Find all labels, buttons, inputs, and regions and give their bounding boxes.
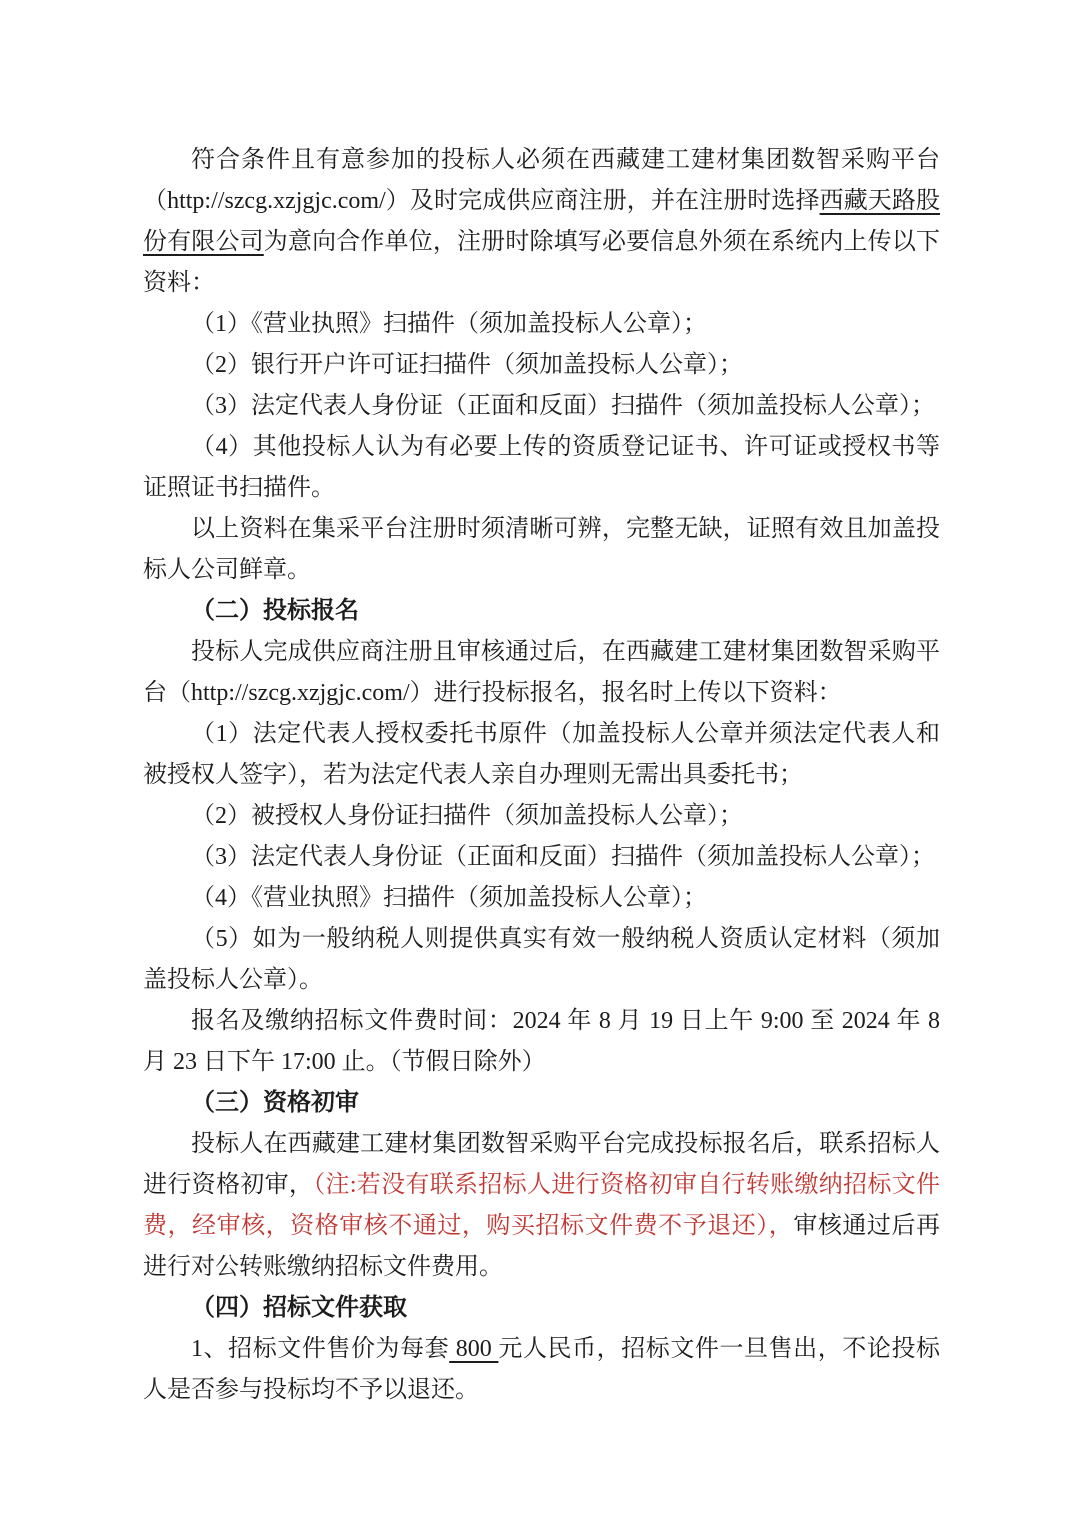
item-signup-business-license: （4）《营业执照》扫描件（须加盖投标人公章）； bbox=[143, 878, 940, 919]
text-run: （四）招标文件获取 bbox=[191, 1295, 407, 1321]
text-run: 以上资料在集采平台注册时须清晰可辨，完整无缺，证照有效且加盖投标人公司鲜章。 bbox=[143, 516, 940, 583]
text-run: （二）投标报名 bbox=[191, 598, 359, 624]
text-run: （2）被授权人身份证扫描件（须加盖投标人公章）； bbox=[191, 803, 743, 829]
item-signup-legal-rep-id: （3）法定代表人身份证（正面和反面）扫描件（须加盖投标人公章）； bbox=[143, 837, 940, 878]
text-run: （三）资格初审 bbox=[191, 1090, 359, 1116]
text-run: （1）法定代表人授权委托书原件（加盖投标人公章并须法定代表人和被授权人签字），若… bbox=[143, 721, 940, 788]
underlined-text: 800 bbox=[449, 1336, 498, 1362]
document-page: 符合条件且有意参加的投标人必须在西藏建工建材集团数智采购平台（http://sz… bbox=[0, 0, 1080, 1527]
item-signup-taxpayer-material: （5）如为一般纳税人则提供真实有效一般纳税人资质认定材料（须加盖投标人公章）。 bbox=[143, 919, 940, 1001]
para-qualification-review: 投标人在西藏建工建材集团数智采购平台完成投标报名后，联系招标人进行资格初审，（注… bbox=[143, 1124, 940, 1288]
heading-section-4-document-acquisition: （四）招标文件获取 bbox=[143, 1288, 940, 1329]
text-run: （1）《营业执照》扫描件（须加盖投标人公章）； bbox=[191, 311, 707, 337]
text-run: 1、招标文件售价为每套 bbox=[191, 1336, 449, 1362]
text-run: 投标人完成供应商注册且审核通过后，在西藏建工建材集团数智采购平台（http://… bbox=[143, 639, 940, 706]
para-signup-fee-time: 报名及缴纳招标文件费时间：2024 年 8 月 19 日上午 9:00 至 20… bbox=[143, 1001, 940, 1083]
text-run: （3）法定代表人身份证（正面和反面）扫描件（须加盖投标人公章）； bbox=[191, 393, 935, 419]
para-bid-signup-intro: 投标人完成供应商注册且审核通过后，在西藏建工建材集团数智采购平台（http://… bbox=[143, 632, 940, 714]
item-reg-bank-permit: （2）银行开户许可证扫描件（须加盖投标人公章）； bbox=[143, 345, 940, 386]
text-run: （2）银行开户许可证扫描件（须加盖投标人公章）； bbox=[191, 352, 743, 378]
document-body: 符合条件且有意参加的投标人必须在西藏建工建材集团数智采购平台（http://sz… bbox=[143, 140, 940, 1411]
heading-section-3-qualification-review: （三）资格初审 bbox=[143, 1083, 940, 1124]
para-registration-material-note: 以上资料在集采平台注册时须清晰可辨，完整无缺，证照有效且加盖投标人公司鲜章。 bbox=[143, 509, 940, 591]
text-run: （4）《营业执照》扫描件（须加盖投标人公章）； bbox=[191, 885, 707, 911]
item-reg-other-certificates: （4）其他投标人认为有必要上传的资质登记证书、许可证或授权书等证照证书扫描件。 bbox=[143, 427, 940, 509]
para-supplier-registration: 符合条件且有意参加的投标人必须在西藏建工建材集团数智采购平台（http://sz… bbox=[143, 140, 940, 304]
item-signup-authorization-letter: （1）法定代表人授权委托书原件（加盖投标人公章并须法定代表人和被授权人签字），若… bbox=[143, 714, 940, 796]
text-run: （4）其他投标人认为有必要上传的资质登记证书、许可证或授权书等证照证书扫描件。 bbox=[143, 434, 940, 501]
document-screenshot: { "page": { "width": 1080, "height": 152… bbox=[0, 0, 1080, 1527]
para-document-price: 1、招标文件售价为每套 800 元人民币，招标文件一旦售出，不论投标人是否参与投… bbox=[143, 1329, 940, 1411]
text-run: 报名及缴纳招标文件费时间：2024 年 8 月 19 日上午 9:00 至 20… bbox=[143, 1008, 940, 1075]
text-run: （5）如为一般纳税人则提供真实有效一般纳税人资质认定材料（须加盖投标人公章）。 bbox=[143, 926, 940, 993]
heading-section-2-bid-signup: （二）投标报名 bbox=[143, 591, 940, 632]
text-run: （3）法定代表人身份证（正面和反面）扫描件（须加盖投标人公章）； bbox=[191, 844, 935, 870]
item-reg-legal-rep-id: （3）法定代表人身份证（正面和反面）扫描件（须加盖投标人公章）； bbox=[143, 386, 940, 427]
item-signup-authorized-person-id: （2）被授权人身份证扫描件（须加盖投标人公章）； bbox=[143, 796, 940, 837]
item-reg-business-license: （1）《营业执照》扫描件（须加盖投标人公章）； bbox=[143, 304, 940, 345]
